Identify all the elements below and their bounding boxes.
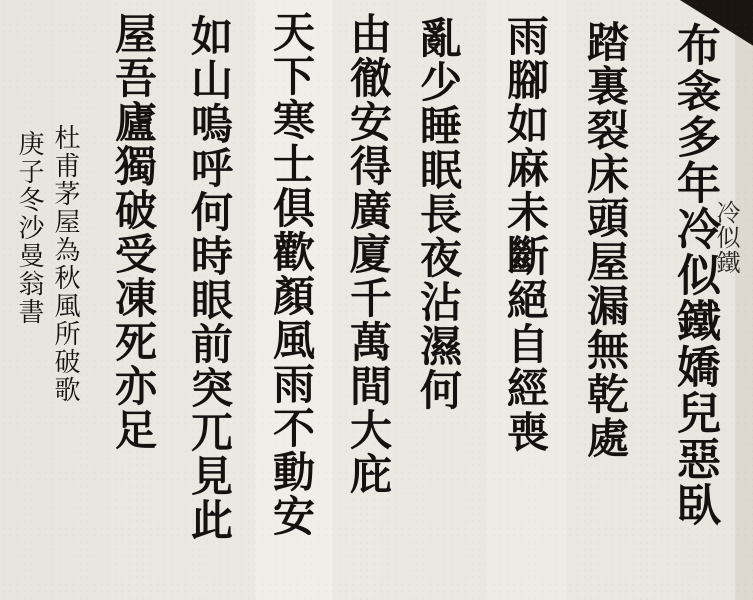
paper-edge	[735, 0, 753, 600]
calligraphy-column-7: 如山嗚呼何時眼前突兀見此	[184, 14, 234, 542]
calligraphy-column-8: 屋吾廬獨破受凍死亦足	[108, 12, 158, 452]
calligraphy-sheet: 布衾多年冷似鐵嬌兒惡臥 冷似鐵 踏裏裂床頭屋漏無乾處 雨腳如麻未斷絕自經喪 亂少…	[0, 0, 753, 600]
calligraphy-column-1: 布衾多年冷似鐵嬌兒惡臥	[668, 22, 720, 528]
calligraphy-column-6: 天下寒士俱歡顏風雨不動安	[266, 10, 316, 538]
artist-signature: 庚子冬沙曼翁書	[14, 130, 44, 326]
side-annotation: 冷似鐵	[712, 200, 740, 275]
calligraphy-column-4: 亂少睡眠長夜沾濕何	[413, 16, 463, 412]
calligraphy-column-3: 雨腳如麻未斷絕自經喪	[500, 14, 550, 454]
calligraphy-column-5: 由徹安得廣廈千萬間大庇	[343, 12, 393, 496]
title-inscription: 杜甫茅屋為秋風所破歌	[50, 124, 80, 404]
calligraphy-column-2: 踏裏裂床頭屋漏無乾處	[580, 20, 630, 460]
